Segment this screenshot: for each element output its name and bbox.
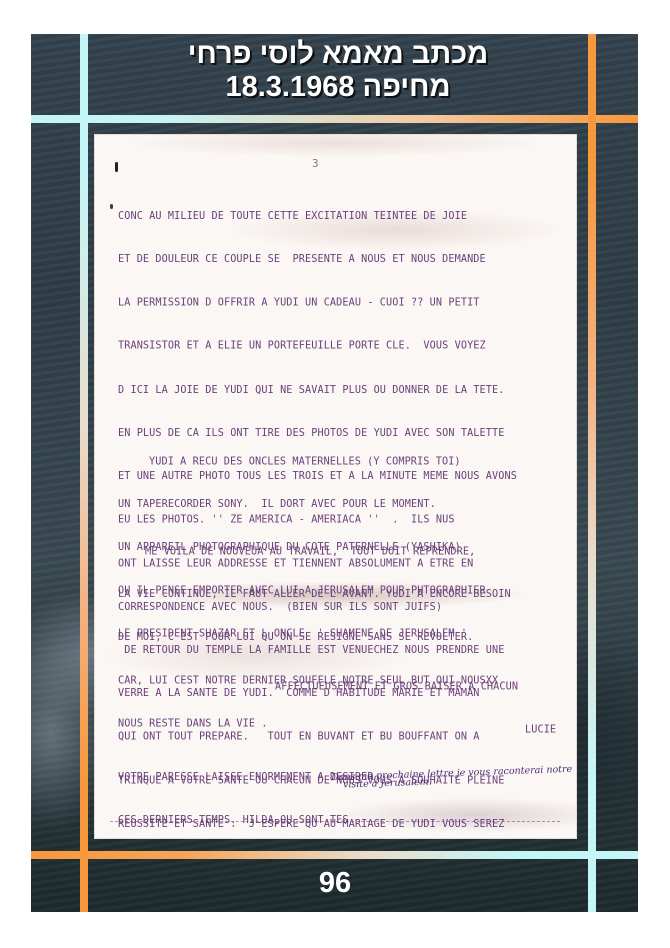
letter-line: EN PLUS DE CA ILS ONT TIRE DES PHOTOS DE… [118, 426, 517, 440]
letter-postscript: VOTRE PARESSE LAISSE ENORMEMENT A DESIRE… [118, 741, 374, 838]
letter-sheet-number: 3 [312, 157, 319, 170]
title-line-2: מחיפה 18.3.1968 [88, 71, 588, 104]
letter-line: CONC AU MILIEU DE TOUTE CETTE EXCITATION… [118, 209, 517, 223]
page-title: מכתב מאמא לוסי פרחי מחיפה 18.3.1968 [88, 38, 588, 104]
letter-scan: 3 CONC AU MILIEU DE TOUTE CETTE EXCITATI… [95, 135, 576, 838]
page-number: 96 [290, 866, 380, 900]
decorative-line-right [588, 34, 596, 912]
letter-line: LA PERMISSION D OFFRIR A YUDI UN CADEAU … [118, 296, 517, 310]
letter-closing: AFFECTUEUSEMENT ET GROS BAISER A CHACUN [275, 680, 518, 694]
decorative-line-left [80, 34, 88, 912]
punch-mark [110, 204, 113, 209]
scan-edge-rule [110, 821, 560, 823]
letter-line: D ICI LA JOIE DE YUDI QUI NE SAVAIT PLUS… [118, 383, 517, 397]
title-line-1: מכתב מאמא לוסי פרחי [88, 38, 588, 71]
letter-line: DE MOI, C EST POUR LUI QU ON SE RESIGNE … [118, 630, 511, 644]
letter-line: LA VIE CONTINUE, IL FAUT ALLER DE L AVAN… [118, 587, 511, 601]
letter-signature: LUCIE [525, 723, 556, 737]
letter-line: ET DE DOULEUR CE COUPLE SE PRESENTE A NO… [118, 252, 517, 266]
letter-line: NOUS RESTE DANS LA VIE . [118, 717, 511, 731]
letter-line: UN TAPERECORDER SONY. IL DORT AVEC POUR … [118, 497, 486, 511]
decorative-line-bottom [31, 851, 638, 859]
decorative-line-top [31, 115, 638, 123]
punch-mark [115, 162, 118, 172]
letter-line: TRANSISTOR ET A ELIE UN PORTEFEUILLE POR… [118, 339, 517, 353]
page: מכתב מאמא לוסי פרחי מחיפה 18.3.1968 3 CO… [0, 0, 670, 948]
letter-paragraph-3: LA VIE CONTINUE, IL FAUT ALLER DE L AVAN… [118, 558, 511, 761]
